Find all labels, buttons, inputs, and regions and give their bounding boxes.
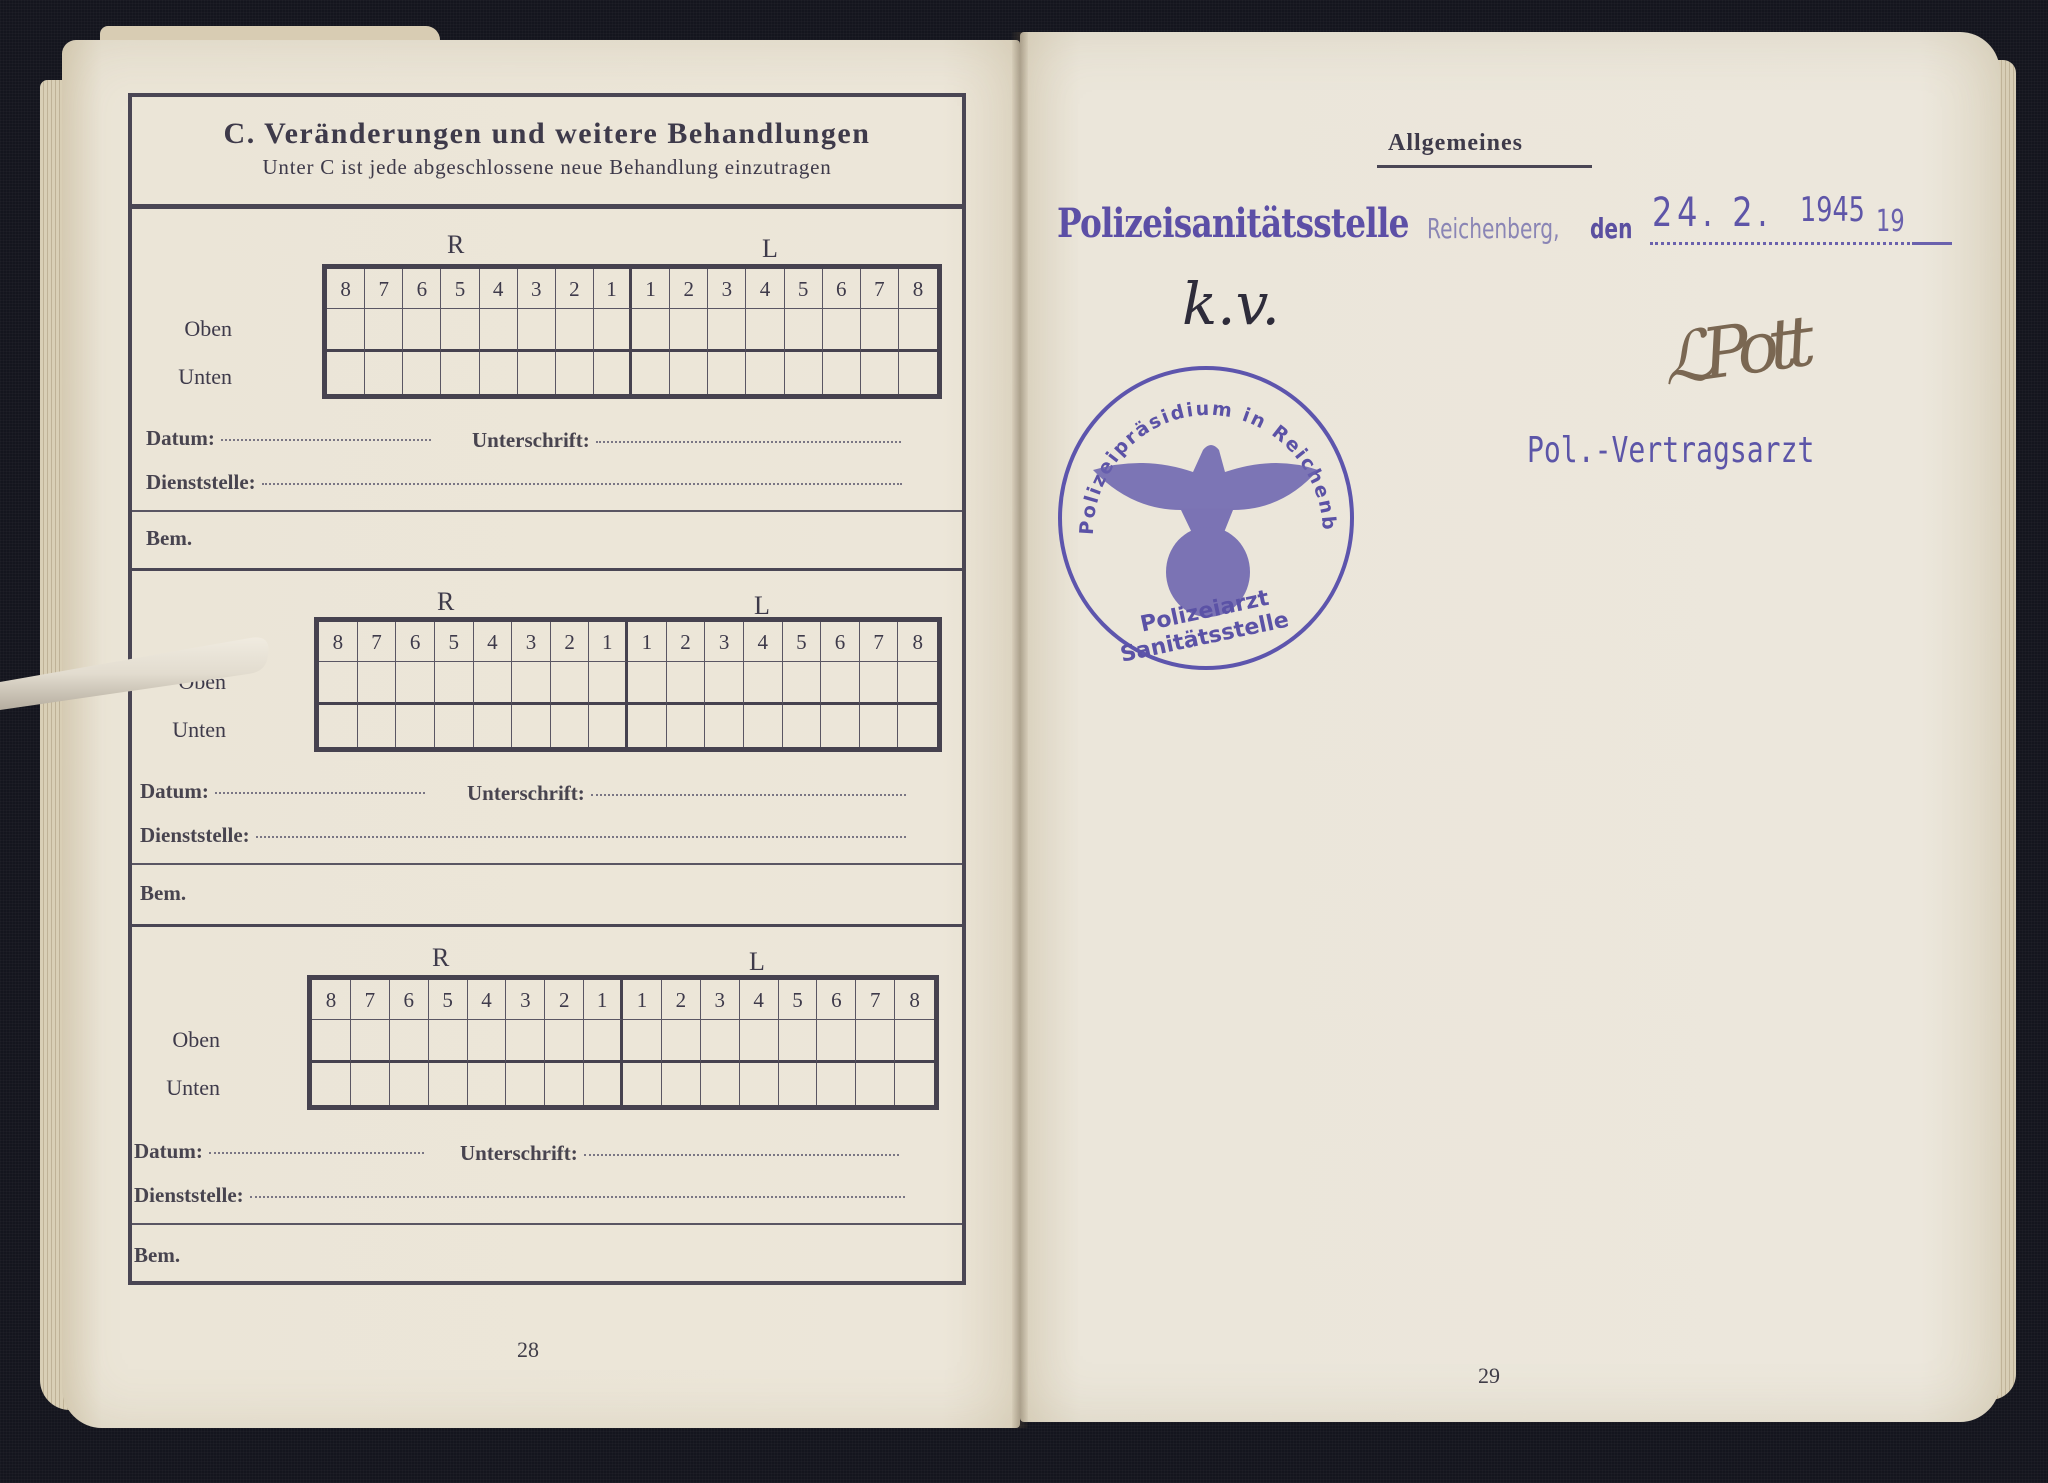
tooth-number: 7 [351,980,390,1020]
tooth-number: 2 [670,269,708,309]
office-field[interactable]: Dienststelle: [140,823,906,848]
treatment-section-1: R L Oben Unten 8 7 6 5 4 3 2 1 1 2 3 4 5… [132,214,962,571]
tooth-number: 1 [584,980,623,1020]
upper-tooth-cell[interactable] [556,309,594,352]
lower-tooth-cell[interactable] [512,705,551,748]
remarks-label: Bem. [140,881,186,906]
office-dotted-line[interactable] [250,1196,905,1198]
tooth-number: 3 [708,269,746,309]
lower-tooth-cell[interactable] [319,705,358,748]
tooth-number: 7 [860,622,899,662]
tooth-number: 2 [556,269,594,309]
upper-tooth-cell[interactable] [861,309,899,352]
lower-tooth-cell[interactable] [506,1063,545,1106]
lower-tooth-cell[interactable] [895,1063,934,1106]
form-title: C. Veränderungen und weitere Behandlunge… [132,117,962,151]
left-side-label: L [749,947,765,977]
office-dotted-line[interactable] [262,483,902,485]
tooth-number: 8 [895,980,934,1020]
lower-tooth-cell[interactable] [429,1063,468,1106]
lower-tooth-cell[interactable] [545,1063,584,1106]
tooth-number: 4 [480,269,518,309]
form-header: C. Veränderungen und weitere Behandlunge… [132,97,962,209]
lower-tooth-cell[interactable] [779,1063,818,1106]
upper-tooth-cell[interactable] [701,1020,740,1063]
upper-tooth-cell[interactable] [474,662,513,705]
tooth-number: 1 [628,622,667,662]
lower-tooth-cell[interactable] [746,352,784,395]
lower-tooth-cell[interactable] [468,1063,507,1106]
date-field[interactable]: Datum: [140,779,425,804]
upper-tooth-cell[interactable] [821,662,860,705]
lower-tooth-cell[interactable] [899,352,937,395]
signature-label: Unterschrift: [472,428,590,453]
lower-tooth-cell[interactable] [861,352,899,395]
form-subtitle: Unter C ist jede abgeschlossene neue Beh… [132,155,962,180]
pointer-stick [0,630,280,730]
upper-tooth-cell[interactable] [589,662,628,705]
lower-tooth-cell[interactable] [744,705,783,748]
lower-tooth-cell[interactable] [390,1063,429,1106]
upper-tooth-cell[interactable] [518,309,556,352]
tooth-number: 6 [823,269,861,309]
date-year: 1945 [1800,190,1865,230]
date-dotted-line[interactable] [215,792,425,794]
lower-tooth-cell[interactable] [860,705,899,748]
office-label: Dienststelle: [140,823,250,848]
upper-tooth-cell[interactable] [744,662,783,705]
right-side-label: R [447,230,464,260]
office-label: Dienststelle: [146,470,256,495]
dental-chart-1: 8 7 6 5 4 3 2 1 1 2 3 4 5 6 7 8 [322,264,942,399]
signature-label: Unterschrift: [467,781,585,806]
tooth-number: 5 [779,980,818,1020]
upper-tooth-cell[interactable] [628,662,667,705]
remarks-label: Bem. [134,1243,180,1268]
upper-tooth-cell[interactable] [441,309,479,352]
official-seal-icon: Polizeipräsidium in Reichenberg Polizeia… [1053,360,1358,675]
lower-tooth-cell[interactable] [708,352,746,395]
upper-tooth-cell[interactable] [740,1020,779,1063]
lower-tooth-cell[interactable] [821,705,860,748]
tooth-number: 4 [744,622,783,662]
tooth-number: 6 [396,622,435,662]
office-label: Dienststelle: [134,1183,244,1208]
tooth-number: 4 [474,622,513,662]
upper-tooth-cell[interactable] [312,1020,351,1063]
date-dotted-line[interactable] [209,1152,424,1154]
upper-tooth-cell[interactable] [468,1020,507,1063]
tooth-number: 6 [821,622,860,662]
tooth-number: 4 [746,269,784,309]
lower-tooth-cell[interactable] [518,352,556,395]
upper-tooth-cell[interactable] [480,309,518,352]
lower-tooth-cell[interactable] [701,1063,740,1106]
date-prefix: 19 [1876,204,1905,239]
lower-tooth-cell[interactable] [351,1063,390,1106]
upper-tooth-cell[interactable] [670,309,708,352]
lower-tooth-cell[interactable] [594,352,632,395]
lower-tooth-cell[interactable] [327,352,365,395]
lower-tooth-cell[interactable] [705,705,744,748]
upper-tooth-cell[interactable] [351,1020,390,1063]
lower-tooth-cell[interactable] [435,705,474,748]
lower-tooth-cell[interactable] [670,352,708,395]
upper-tooth-cell[interactable] [817,1020,856,1063]
upper-tooth-cell[interactable] [823,309,861,352]
upper-tooth-cell[interactable] [396,662,435,705]
treatment-section-3: R L Oben Unten 8 7 6 5 4 3 2 1 1 2 3 4 5… [132,927,962,1281]
upper-tooth-cell[interactable] [365,309,403,352]
dental-chart-2: 8 7 6 5 4 3 2 1 1 2 3 4 5 6 7 8 [314,617,942,752]
tooth-number: 4 [468,980,507,1020]
lower-tooth-cell[interactable] [396,705,435,748]
tooth-number: 5 [435,622,474,662]
upper-tooth-cell[interactable] [594,309,632,352]
signature-label: Unterschrift: [460,1141,578,1166]
tooth-number: 6 [403,269,441,309]
upper-tooth-cell[interactable] [856,1020,895,1063]
tooth-number: 3 [705,622,744,662]
office-field[interactable]: Dienststelle: [134,1183,905,1208]
lower-tooth-cell[interactable] [441,352,479,395]
tooth-number: 8 [312,980,351,1020]
lower-tooth-cell[interactable] [589,705,628,748]
upper-jaw-label: Oben [120,1027,220,1053]
remarks-label: Bem. [146,526,192,551]
upper-tooth-cell[interactable] [899,309,937,352]
lower-tooth-cell[interactable] [856,1063,895,1106]
date-dotted-line [1650,242,1934,245]
upper-tooth-cell[interactable] [545,1020,584,1063]
tooth-number: 2 [662,980,701,1020]
upper-tooth-cell[interactable] [667,662,706,705]
left-side-label: L [762,234,778,264]
lower-tooth-cell[interactable] [817,1063,856,1106]
lower-tooth-cell[interactable] [740,1063,779,1106]
lower-tooth-cell[interactable] [365,352,403,395]
tooth-number: 8 [327,269,365,309]
lower-tooth-cell[interactable] [623,1063,662,1106]
upper-tooth-cell[interactable] [779,1020,818,1063]
eagle-emblem-icon [1093,445,1318,617]
upper-tooth-cell[interactable] [390,1020,429,1063]
lower-tooth-cell[interactable] [403,352,441,395]
lower-tooth-cell[interactable] [584,1063,623,1106]
den-stamp: den [1590,212,1632,245]
signature-field[interactable]: Unterschrift: [472,428,901,453]
upper-jaw-label: Oben [132,316,232,342]
page-number-right: 29 [1478,1363,1500,1389]
tooth-number: 5 [785,269,823,309]
signature-dotted-line[interactable] [591,794,906,796]
right-side-label: R [432,943,449,973]
office-dotted-line[interactable] [256,836,906,838]
lower-tooth-cell[interactable] [662,1063,701,1106]
tooth-number: 7 [861,269,899,309]
tooth-number: 3 [518,269,556,309]
upper-tooth-cell[interactable] [623,1020,662,1063]
lower-tooth-cell[interactable] [823,352,861,395]
upper-tooth-cell[interactable] [319,662,358,705]
date-field[interactable]: Datum: [146,426,431,451]
date-label: Datum: [140,779,209,804]
right-side-label: R [437,587,454,617]
upper-tooth-cell[interactable] [429,1020,468,1063]
tooth-number: 7 [358,622,397,662]
tooth-number: 1 [594,269,632,309]
upper-tooth-cell[interactable] [898,662,937,705]
dental-chart-3: 8 7 6 5 4 3 2 1 1 2 3 4 5 6 7 8 [307,975,939,1110]
tooth-number: 6 [817,980,856,1020]
tooth-number: 1 [589,622,628,662]
department-stamp: Polizeisanitätsstelle [1057,200,1409,247]
tooth-number: 2 [545,980,584,1020]
remarks-divider [132,1223,962,1225]
upper-tooth-cell[interactable] [584,1020,623,1063]
remarks-divider [132,510,962,512]
tooth-number: 1 [632,269,670,309]
office-field[interactable]: Dienststelle: [146,470,902,495]
lower-tooth-cell[interactable] [551,705,590,748]
upper-tooth-cell[interactable] [551,662,590,705]
lower-tooth-cell[interactable] [898,705,937,748]
lower-tooth-cell[interactable] [667,705,706,748]
place-stamp: Reichenberg, [1427,212,1559,245]
lower-jaw-label: Unten [120,1075,220,1101]
tooth-number: 5 [429,980,468,1020]
lower-tooth-cell[interactable] [312,1063,351,1106]
upper-tooth-cell[interactable] [662,1020,701,1063]
date-field[interactable]: Datum: [134,1139,424,1164]
upper-tooth-cell[interactable] [705,662,744,705]
upper-tooth-cell[interactable] [708,309,746,352]
date-label: Datum: [146,426,215,451]
tooth-number: 3 [701,980,740,1020]
lower-tooth-cell[interactable] [632,352,670,395]
lower-tooth-cell[interactable] [480,352,518,395]
date-day-month: 24. 2. [1652,190,1772,236]
upper-tooth-cell[interactable] [860,662,899,705]
tooth-number: 3 [506,980,545,1020]
tooth-number: 1 [623,980,662,1020]
lower-tooth-cell[interactable] [628,705,667,748]
lower-jaw-label: Unten [132,364,232,390]
tooth-number: 5 [441,269,479,309]
tooth-number: 2 [551,622,590,662]
tooth-number: 8 [899,269,937,309]
upper-tooth-cell[interactable] [895,1020,934,1063]
upper-tooth-cell[interactable] [403,309,441,352]
tooth-number: 8 [319,622,358,662]
tooth-number: 7 [365,269,403,309]
date-dotted-line[interactable] [221,439,431,441]
tooth-number: 3 [512,622,551,662]
tooth-number: 2 [667,622,706,662]
upper-tooth-cell[interactable] [358,662,397,705]
signature-field[interactable]: Unterschrift: [467,781,906,806]
upper-tooth-cell[interactable] [506,1020,545,1063]
lower-tooth-cell[interactable] [785,352,823,395]
upper-tooth-cell[interactable] [785,309,823,352]
lower-tooth-cell[interactable] [474,705,513,748]
lower-tooth-cell[interactable] [783,705,822,748]
signature-dotted-line[interactable] [584,1154,899,1156]
lower-tooth-cell[interactable] [556,352,594,395]
tooth-number: 5 [783,622,822,662]
signature-dotted-line[interactable] [596,441,901,443]
section-heading: Allgemeines [1388,130,1523,157]
date-label: Datum: [134,1139,203,1164]
upper-tooth-cell[interactable] [746,309,784,352]
signature-title: Pol.-Vertragsarzt [1527,430,1814,471]
treatment-section-2: R L Oben Unten 8 7 6 5 4 3 2 1 1 2 3 4 5… [132,571,962,927]
page-number-left: 28 [517,1337,539,1363]
upper-tooth-cell[interactable] [632,309,670,352]
handwritten-note: k.v. [1182,270,1280,338]
upper-tooth-cell[interactable] [783,662,822,705]
upper-tooth-cell[interactable] [327,309,365,352]
year-line [1912,242,1952,245]
tooth-number: 7 [856,980,895,1020]
tooth-number: 6 [390,980,429,1020]
book-gutter [1012,32,1028,1428]
tooth-number: 4 [740,980,779,1020]
upper-tooth-cell[interactable] [435,662,474,705]
remarks-divider [132,863,962,865]
heading-underline [1377,165,1592,168]
tooth-number: 8 [898,622,937,662]
signature-field[interactable]: Unterschrift: [460,1141,899,1166]
upper-tooth-cell[interactable] [512,662,551,705]
lower-tooth-cell[interactable] [358,705,397,748]
